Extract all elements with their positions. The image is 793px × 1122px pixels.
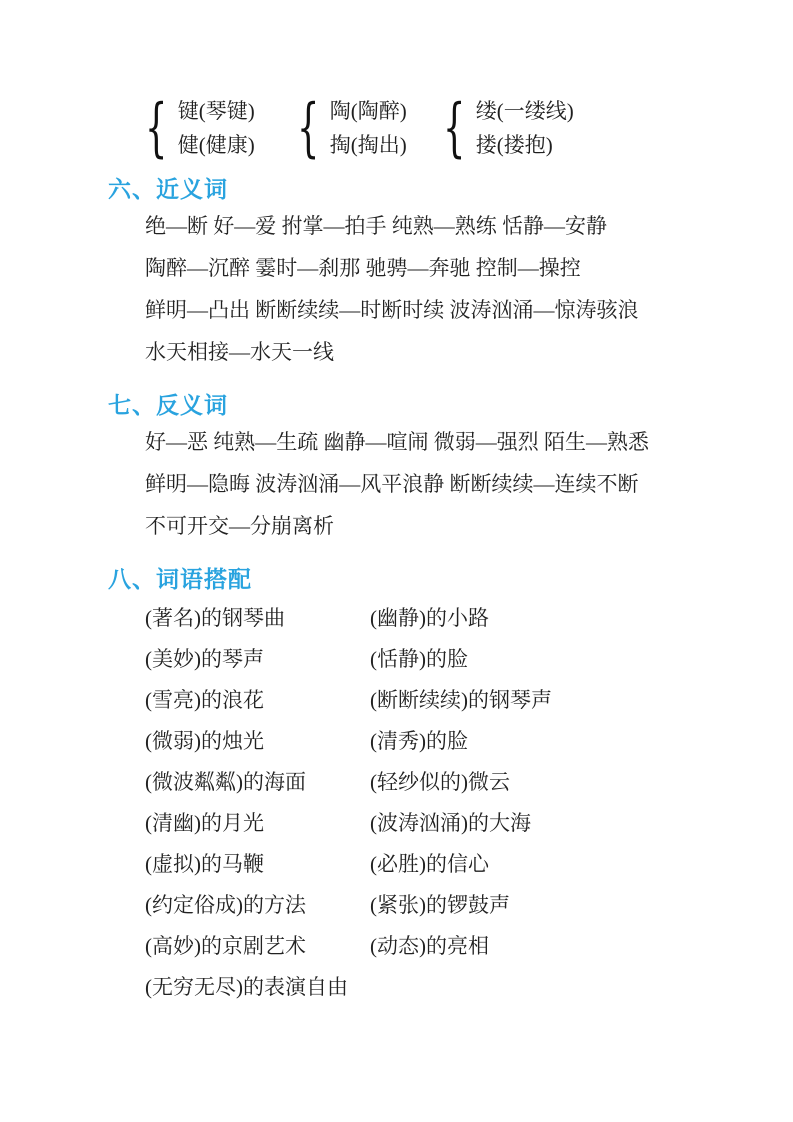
collocation-item: (幽静)的小路: [370, 606, 793, 630]
antonym-line: 好—恶 纯熟—生疏 幽静—喧闹 微弱—强烈 陌生—熟悉: [145, 428, 793, 456]
synonym-line: 水天相接—水天一线: [145, 338, 793, 366]
char-group-jian: { 键(琴键) 健(健康): [145, 94, 297, 162]
collocation-grid: (著名)的钢琴曲 (幽静)的小路 (美妙)的琴声 (恬静)的脸 (雪亮)的浪花 …: [145, 606, 793, 999]
collocation-item: (清幽)的月光: [145, 811, 370, 835]
section-heading-collocations: 八、词语搭配: [108, 564, 793, 594]
collocation-item: (著名)的钢琴曲: [145, 606, 370, 630]
collocation-item: (美妙)的琴声: [145, 647, 370, 671]
synonym-line: 陶醉—沉醉 霎时—刹那 驰骋—奔驰 控制—操控: [145, 254, 793, 282]
section-heading-antonyms: 七、反义词: [108, 390, 793, 420]
collocation-item: (微弱)的烛光: [145, 729, 370, 753]
collocation-item: (波涛汹涌)的大海: [370, 811, 793, 835]
collocation-item: (恬静)的脸: [370, 647, 793, 671]
left-brace-icon: {: [297, 94, 319, 162]
collocation-item: (必胜)的信心: [370, 852, 793, 876]
char-group-tao: { 陶(陶醉) 掏(掏出): [297, 94, 443, 162]
char-entry: 缕(一缕线): [476, 94, 574, 128]
section-heading-synonyms: 六、近义词: [108, 174, 793, 204]
collocation-item: (雪亮)的浪花: [145, 688, 370, 712]
collocation-item: (紧张)的锣鼓声: [370, 893, 793, 917]
collocation-item: (无穷无尽)的表演自由: [145, 975, 370, 999]
left-brace-icon: {: [145, 94, 167, 162]
collocation-item: (微波粼粼)的海面: [145, 770, 370, 794]
collocation-item: (断断续续)的钢琴声: [370, 688, 793, 712]
antonym-line: 鲜明—隐晦 波涛汹涌—风平浪静 断断续续—连续不断: [145, 470, 793, 498]
antonym-line: 不可开交—分崩离析: [145, 512, 793, 540]
section-antonyms: 七、反义词 好—恶 纯熟—生疏 幽静—喧闹 微弱—强烈 陌生—熟悉 鲜明—隐晦 …: [0, 390, 793, 540]
char-entry: 掏(掏出): [330, 128, 407, 162]
synonym-line: 绝—断 好—爱 拊掌—拍手 纯熟—熟练 恬静—安静: [145, 212, 793, 240]
collocation-item: (清秀)的脸: [370, 729, 793, 753]
char-entry: 键(琴键): [178, 94, 255, 128]
char-entry: 搂(搂抱): [476, 128, 574, 162]
char-entry: 陶(陶醉): [330, 94, 407, 128]
left-brace-icon: {: [443, 94, 465, 162]
character-comparison-groups: { 键(琴键) 健(健康) { 陶(陶醉) 掏(掏出) { 缕(一缕线) 搂(搂…: [145, 94, 793, 162]
document-page: { 键(琴键) 健(健康) { 陶(陶醉) 掏(掏出) { 缕(一缕线) 搂(搂…: [0, 0, 793, 1122]
collocation-item: (高妙)的京剧艺术: [145, 934, 370, 958]
char-entry: 健(健康): [178, 128, 255, 162]
collocation-item: (虚拟)的马鞭: [145, 852, 370, 876]
collocation-item: (动态)的亮相: [370, 934, 793, 958]
section-synonyms: 六、近义词 绝—断 好—爱 拊掌—拍手 纯熟—熟练 恬静—安静 陶醉—沉醉 霎时…: [0, 174, 793, 366]
synonym-line: 鲜明—凸出 断断续续—时断时续 波涛汹涌—惊涛骇浪: [145, 296, 793, 324]
collocation-item: (约定俗成)的方法: [145, 893, 370, 917]
char-group-lv: { 缕(一缕线) 搂(搂抱): [443, 94, 574, 162]
collocation-item: [370, 975, 793, 999]
section-collocations: 八、词语搭配 (著名)的钢琴曲 (幽静)的小路 (美妙)的琴声 (恬静)的脸 (…: [0, 564, 793, 999]
collocation-item: (轻纱似的)微云: [370, 770, 793, 794]
